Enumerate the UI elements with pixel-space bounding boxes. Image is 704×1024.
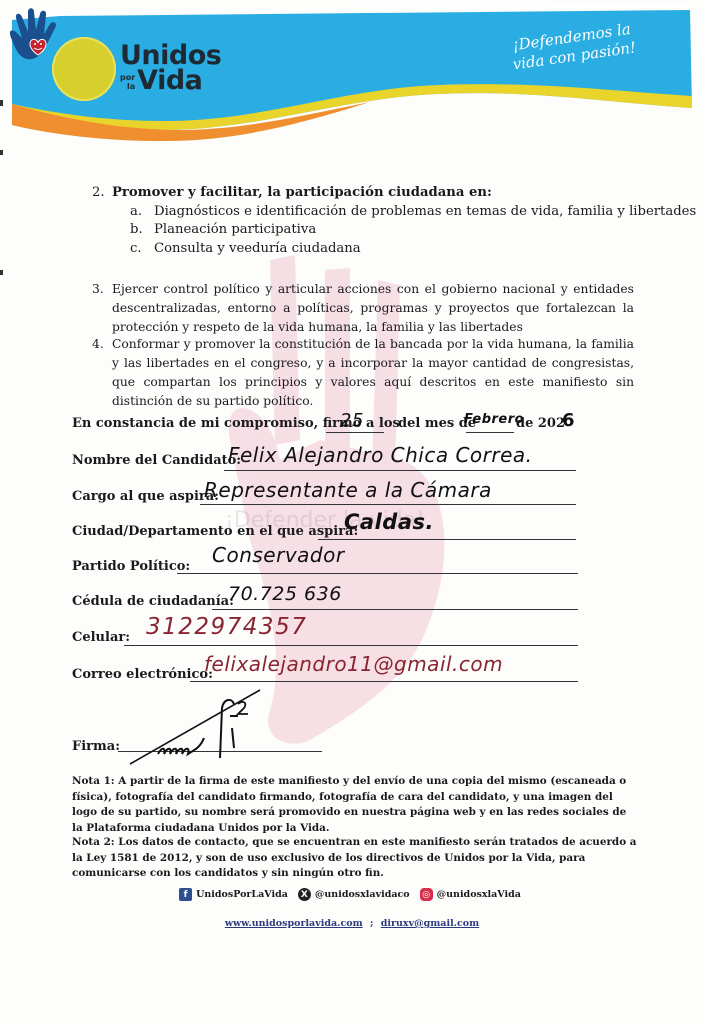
note-1-text: A partir de la firma de este manifiesto … <box>72 775 626 834</box>
position-line <box>200 504 576 505</box>
phone-field[interactable]: 3122974357 <box>146 614 307 640</box>
subitem-letter: a. <box>130 204 142 219</box>
position-label: Cargo al que aspira: <box>72 489 219 504</box>
logo-por: por <box>120 73 135 82</box>
phone-label: Celular: <box>72 630 130 645</box>
item-text: Ejercer control político y articular acc… <box>112 280 634 337</box>
email-link[interactable]: diruxv@gmail.com <box>381 918 479 929</box>
party-field[interactable]: Conservador <box>212 543 345 567</box>
x-handle[interactable]: @unidosxlavidaco <box>315 889 410 900</box>
city-label: Ciudad/Departamento en el que aspira: <box>72 524 358 539</box>
instagram-handle[interactable]: @unidosxlaVida <box>437 889 521 900</box>
month-line <box>466 432 514 433</box>
logo-wordmark: Unidos por la Vida <box>120 42 221 94</box>
social-instagram[interactable]: ◎ @unidosxlaVida <box>420 888 521 901</box>
id-number-line <box>212 609 578 610</box>
email-field[interactable]: felixalejandro11@gmail.com <box>204 652 503 676</box>
hand-heart-icon <box>0 0 72 72</box>
note-2-text: Los datos de contacto, que se encuentran… <box>72 836 636 879</box>
party-line <box>177 573 578 574</box>
subitem-text: Diagnósticos e identificación de problem… <box>154 204 696 219</box>
id-number-label: Cédula de ciudadanía: <box>72 594 234 609</box>
signature-field[interactable] <box>110 688 280 768</box>
day-field[interactable]: 25 <box>340 410 364 431</box>
email-line <box>190 681 578 682</box>
facebook-icon: f <box>179 888 192 901</box>
day-line <box>326 432 384 433</box>
header-banner: Unidos por la Vida ¡Defendemos la vida c… <box>0 0 704 150</box>
scan-edge-mark <box>0 270 3 275</box>
subitem-letter: b. <box>130 222 143 237</box>
subitem-letter: c. <box>130 241 142 256</box>
logo-line2: Vida <box>137 67 202 94</box>
party-label: Partido Político: <box>72 559 190 574</box>
note-1: Nota 1: A partir de la firma de este man… <box>72 774 640 836</box>
logo-la: la <box>120 82 135 91</box>
social-facebook[interactable]: f UnidosPorLaVida <box>179 888 288 901</box>
item-number: 4. <box>92 335 104 354</box>
year-digit-field[interactable]: 6 <box>562 410 575 431</box>
social-x[interactable]: X @unidosxlavidaco <box>298 888 410 901</box>
note-1-label: Nota 1: <box>72 775 115 787</box>
contact-links: www.unidosporlavida.com ; diruxv@gmail.c… <box>0 918 704 929</box>
note-2-label: Nota 2: <box>72 836 115 848</box>
item-3: 3. Ejercer control político y articular … <box>92 280 634 337</box>
x-icon: X <box>298 888 311 901</box>
logo-por-la: por la <box>120 73 135 94</box>
candidate-name-line <box>224 470 576 471</box>
item-4: 4. Conformar y promover la constitución … <box>92 335 634 411</box>
position-field[interactable]: Representante a la Cámara <box>204 478 492 502</box>
city-field[interactable]: Caldas. <box>344 510 434 534</box>
item-text: Conformar y promover la constitución de … <box>112 335 634 411</box>
id-number-field[interactable]: 70.725 636 <box>228 583 342 605</box>
note-2: Nota 2: Los datos de contacto, que se en… <box>72 835 640 882</box>
website-link[interactable]: www.unidosporlavida.com <box>225 918 363 929</box>
email-label: Correo electrónico: <box>72 667 213 682</box>
item-heading: Promover y facilitar, la participación c… <box>112 183 492 202</box>
year-prefix: de 202 <box>516 416 565 431</box>
item-number: 2. <box>92 183 105 202</box>
item-number: 3. <box>92 280 104 299</box>
subitem-text: Planeación participativa <box>154 222 316 237</box>
subitem-text: Consulta y veeduría ciudadana <box>154 241 361 256</box>
facebook-handle[interactable]: UnidosPorLaVida <box>196 889 288 900</box>
candidate-name-label: Nombre del Candidato: <box>72 453 241 468</box>
candidate-name-field[interactable]: Felix Alejandro Chica Correa. <box>228 443 533 467</box>
link-separator: ; <box>370 918 374 929</box>
scan-edge-mark <box>0 150 3 155</box>
city-line <box>318 539 576 540</box>
instagram-icon: ◎ <box>420 888 433 901</box>
phone-line <box>124 645 578 646</box>
social-links: f UnidosPorLaVida X @unidosxlavidaco ◎ @… <box>0 888 704 901</box>
